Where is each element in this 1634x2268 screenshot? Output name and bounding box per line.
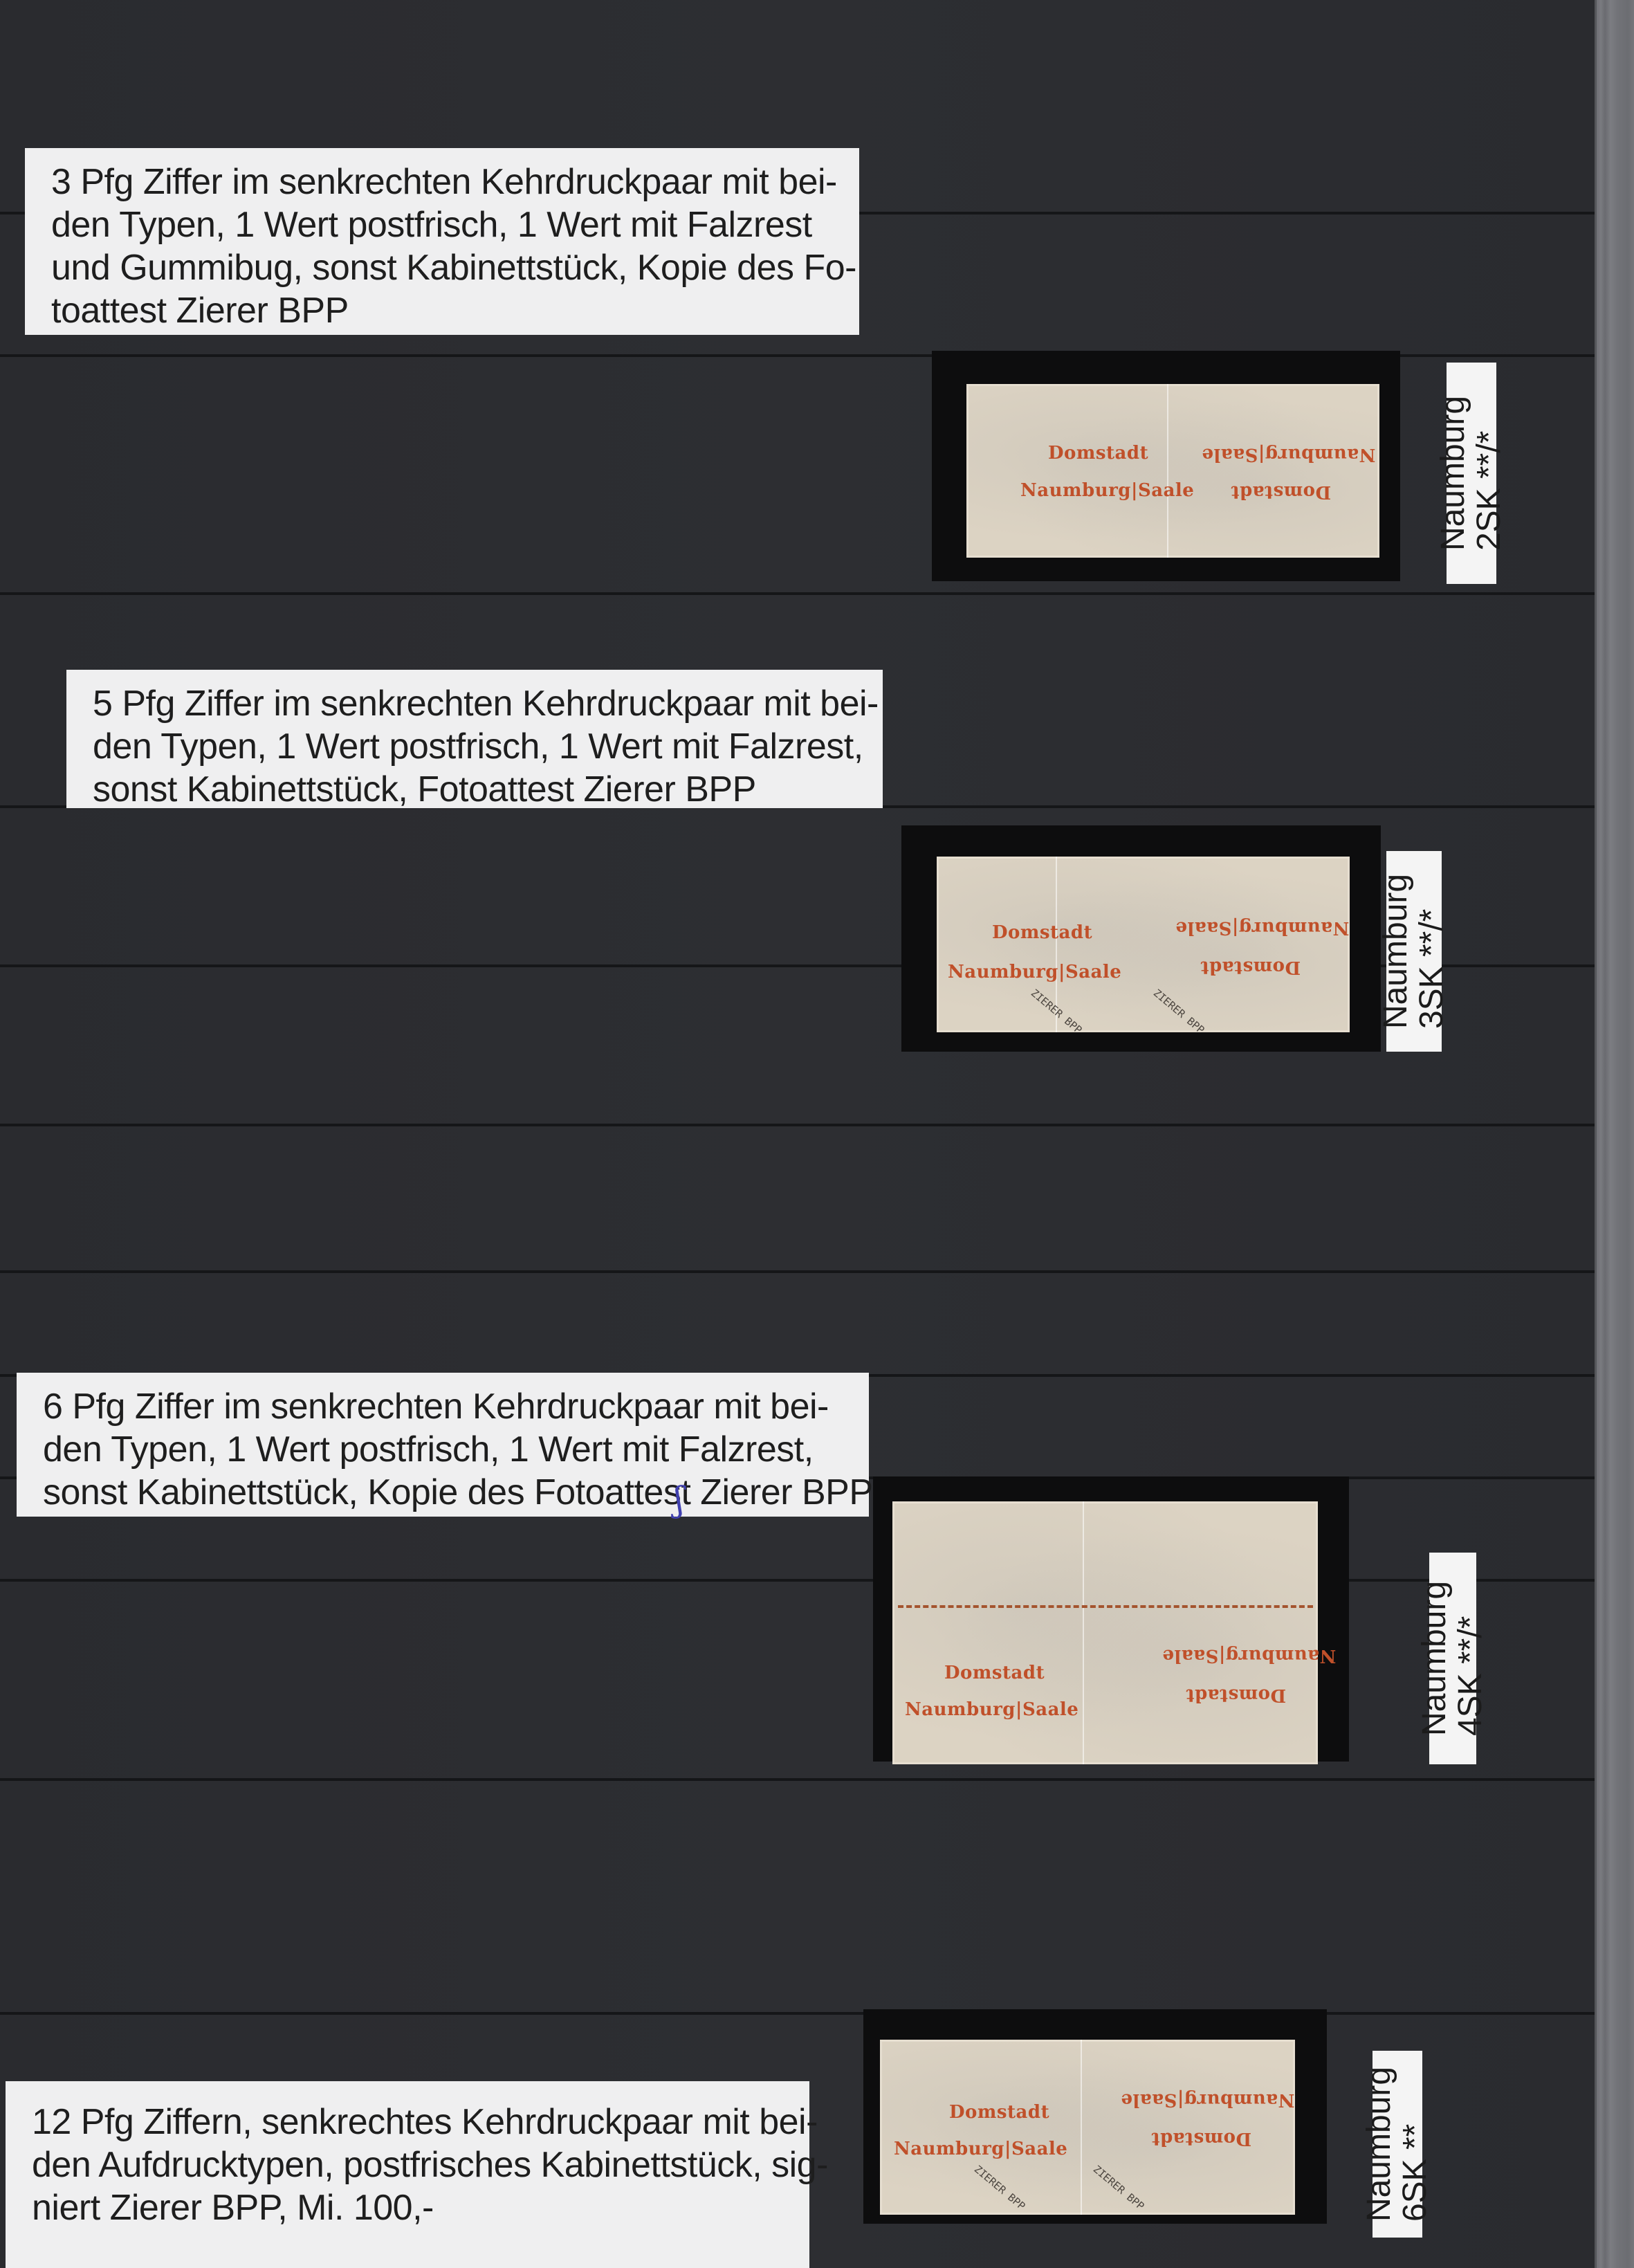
catalog-city: Naumburg [1417, 1581, 1453, 1736]
catalog-number: 2SK **/* [1471, 396, 1507, 551]
strip-divider [0, 1579, 1595, 1582]
expert-signature: ZIERER BPP [972, 2163, 1028, 2213]
catalog-city: Naumburg [1361, 2067, 1397, 2222]
strip-divider [0, 1124, 1595, 1126]
lot-description-1: 3 Pfg Ziffer im senkrechten Kehrdruckpaa… [25, 148, 859, 335]
description-line: 6 Pfg Ziffer im senkrechten Kehrdruckpaa… [43, 1385, 852, 1428]
description-line: 3 Pfg Ziffer im senkrechten Kehrdruckpaa… [51, 161, 843, 203]
description-line: toattest Zierer BPP [51, 289, 843, 332]
overprint-domstadt-inverted: Domstadt [1231, 482, 1331, 502]
perforation-divider [1083, 1501, 1084, 1764]
overprint-domstadt: Domstadt [992, 922, 1092, 943]
overprint-domstadt-inverted: Domstadt [1151, 2128, 1251, 2149]
expert-signature: ZIERER BPP [1151, 987, 1207, 1036]
stamp-pair-6sk[interactable]: Domstadt Naumburg|Saale Naumburg|Saale D… [880, 2040, 1295, 2215]
description-line: den Aufdrucktypen, postfrisches Kabinett… [32, 2143, 793, 2186]
strip-divider [0, 592, 1595, 595]
catalog-label-2: Naumburg 3SK **/* [1386, 851, 1442, 1052]
expert-signature: ZIERER BPP [1091, 2163, 1147, 2213]
catalog-city: Naumburg [1435, 396, 1471, 551]
description-line: den Typen, 1 Wert postfrisch, 1 Wert mit… [93, 725, 866, 768]
description-line: sonst Kabinettstück, Fotoattest Zierer B… [93, 768, 866, 811]
strip-divider [0, 1270, 1595, 1273]
lot-description-3: 6 Pfg Ziffer im senkrechten Kehrdruckpaa… [17, 1373, 869, 1517]
catalog-label-1: Naumburg 2SK **/* [1447, 363, 1496, 584]
description-line: und Gummibug, sonst Kabinettstück, Kopie… [51, 246, 843, 289]
overprint-naumburg-saale: Naumburg|Saale [1020, 480, 1194, 501]
lot-description-2: 5 Pfg Ziffer im senkrechten Kehrdruckpaa… [66, 670, 883, 808]
description-line: 12 Pfg Ziffern, senkrechtes Kehrdruckpaa… [32, 2101, 793, 2143]
overprint-domstadt: Domstadt [944, 1663, 1045, 1683]
perforation-divider [1081, 2040, 1082, 2215]
perforation-line [898, 1605, 1313, 1608]
catalog-text: Naumburg 6SK ** [1361, 2067, 1433, 2222]
catalog-text: Naumburg 2SK **/* [1435, 396, 1507, 551]
catalog-number: 6SK ** [1397, 2067, 1433, 2222]
overprint-domstadt: Domstadt [949, 2102, 1049, 2123]
overprint-domstadt-inverted: Domstadt [1200, 957, 1301, 978]
strip-divider [0, 2012, 1595, 2015]
overprint-naumburg-saale: Naumburg|Saale [905, 1699, 1078, 1720]
catalog-label-3: Naumburg 4SK **/* [1429, 1553, 1476, 1764]
overprint-naumburg-saale: Naumburg|Saale [948, 962, 1121, 982]
lot-description-4: 12 Pfg Ziffern, senkrechtes Kehrdruckpaa… [6, 2081, 809, 2268]
perforation-divider [1167, 384, 1168, 558]
stockbook-page: 3 Pfg Ziffer im senkrechten Kehrdruckpaa… [0, 0, 1595, 2268]
stamp-pair-2sk[interactable]: Domstadt Naumburg|Saale Naumburg|Saale D… [966, 384, 1379, 558]
overprint-naumburg-saale-inverted: Naumburg|Saale [1121, 2089, 1294, 2110]
strip-divider [0, 1778, 1595, 1781]
overprint-domstadt: Domstadt [1048, 443, 1148, 464]
description-line: niert Zierer BPP, Mi. 100,- [32, 2186, 793, 2229]
catalog-text: Naumburg 3SK **/* [1378, 874, 1450, 1029]
catalog-city: Naumburg [1378, 874, 1414, 1029]
overprint-naumburg-saale-inverted: Naumburg|Saale [1202, 444, 1375, 465]
stamp-pair-4sk[interactable]: Domstadt Naumburg|Saale Naumburg|Saale D… [892, 1501, 1318, 1764]
catalog-number: 4SK **/* [1453, 1581, 1489, 1736]
description-line: den Typen, 1 Wert postfrisch, 1 Wert mit… [43, 1428, 852, 1471]
description-line: 5 Pfg Ziffer im senkrechten Kehrdruckpaa… [93, 682, 866, 725]
description-line: den Typen, 1 Wert postfrisch, 1 Wert mit… [51, 203, 843, 246]
overprint-naumburg-saale: Naumburg|Saale [894, 2139, 1067, 2159]
catalog-label-4: Naumburg 6SK ** [1373, 2051, 1422, 2238]
overprint-naumburg-saale-inverted: Naumburg|Saale [1162, 1645, 1336, 1666]
description-line: sonst Kabinettstück, Kopie des Fotoattes… [43, 1471, 852, 1514]
overprint-domstadt-inverted: Domstadt [1186, 1685, 1286, 1705]
catalog-text: Naumburg 4SK **/* [1417, 1581, 1489, 1736]
overprint-naumburg-saale-inverted: Naumburg|Saale [1175, 917, 1349, 938]
album-binding-strip [1595, 0, 1634, 2268]
catalog-number: 3SK **/* [1414, 874, 1450, 1029]
pen-correction-mark: ʃ [674, 1479, 684, 1519]
stamp-pair-3sk[interactable]: Domstadt Naumburg|Saale Naumburg|Saale D… [937, 857, 1350, 1032]
